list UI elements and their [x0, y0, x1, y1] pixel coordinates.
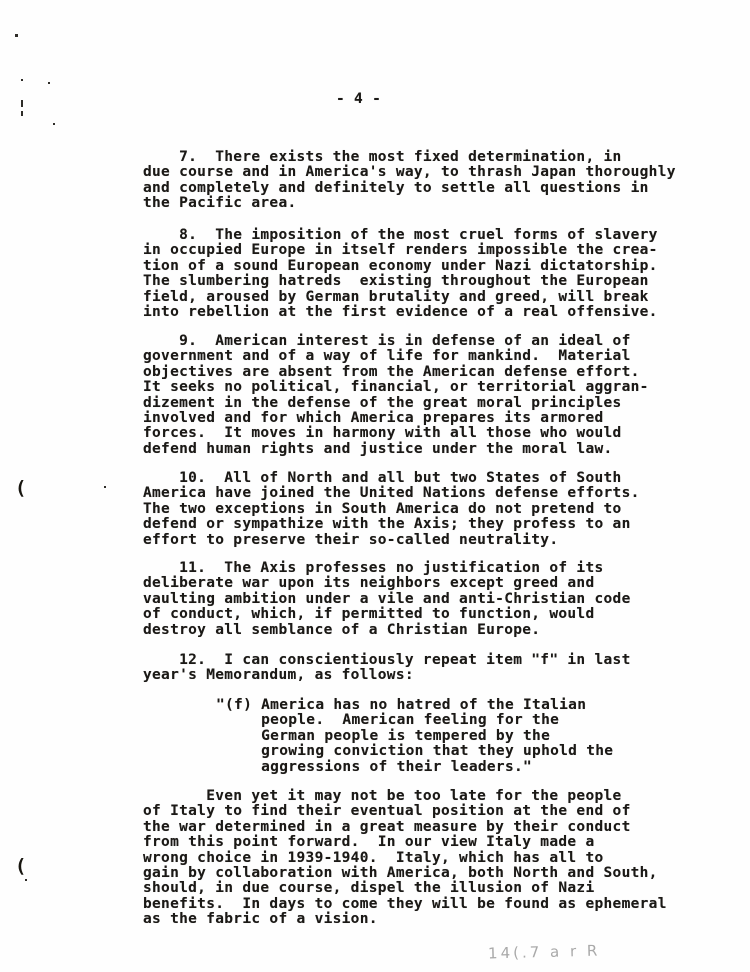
left-margin-paren-mark-2: (	[15, 855, 26, 877]
pencil-annotation: 14(.7 a r R	[488, 942, 601, 963]
scan-speck	[25, 879, 27, 881]
paragraph-item-7: 7. There exists the most fixed determina…	[143, 150, 676, 212]
page-number: - 4 -	[336, 92, 381, 107]
block-quote-f: "(f) America has no hatred of the Italia…	[216, 698, 613, 775]
paragraph-item-8: 8. The imposition of the most cruel form…	[143, 228, 658, 320]
paragraph-item-10: 10. All of North and all but two States …	[143, 471, 640, 548]
scan-speck	[48, 82, 50, 84]
scan-speck	[21, 100, 23, 107]
scan-speck	[15, 34, 18, 37]
paragraph-item-9: 9. American interest is in defense of an…	[143, 334, 649, 457]
paragraph-closing: Even yet it may not be too late for the …	[143, 789, 667, 928]
paragraph-item-11: 11. The Axis professes no justification …	[143, 561, 631, 638]
scan-speck	[21, 111, 23, 116]
document-page: - 4 - 7. There exists the most fixed det…	[0, 0, 750, 972]
paragraph-item-12: 12. I can conscientiously repeat item "f…	[143, 653, 631, 684]
scan-speck	[53, 123, 55, 125]
left-margin-paren-mark-1: (	[15, 477, 26, 499]
scan-speck	[104, 486, 106, 488]
scan-speck	[21, 79, 23, 81]
